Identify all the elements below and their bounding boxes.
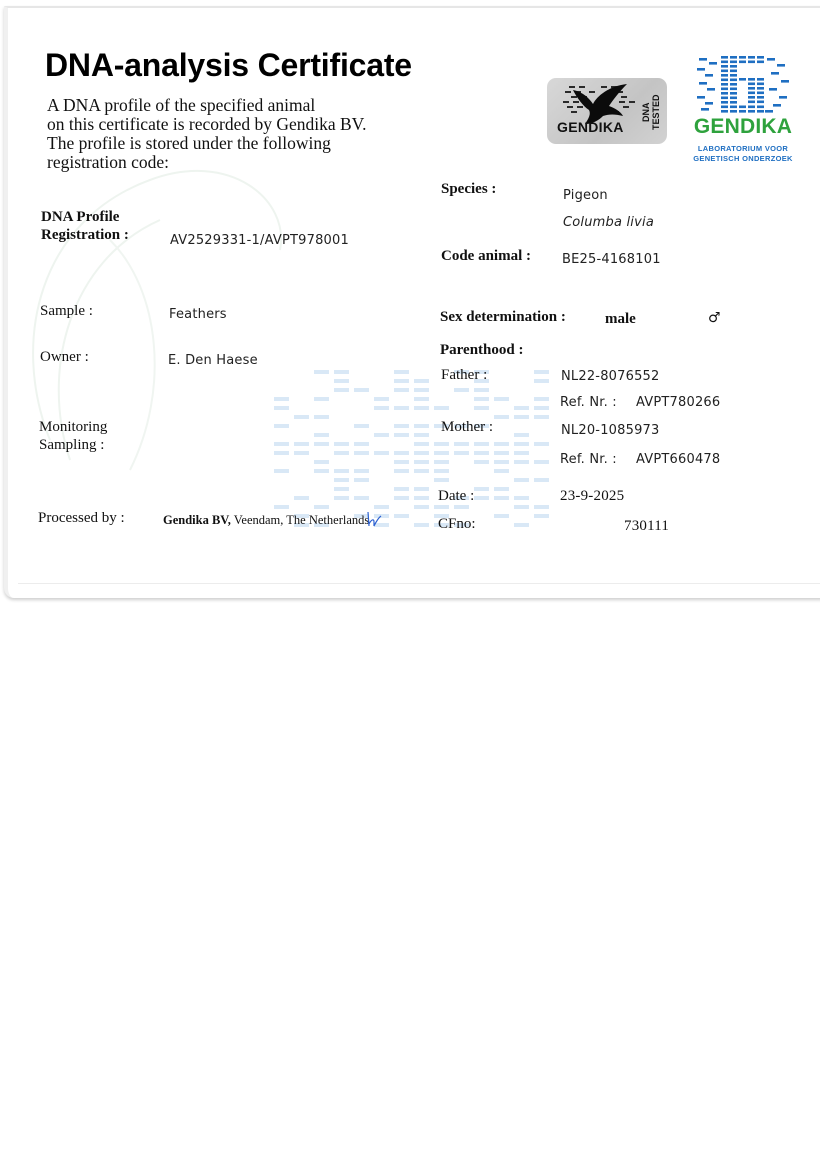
registration-label-line1: DNA Profile [41,209,119,226]
mother-value: NL20-1085973 [561,423,660,438]
owner-value: E. Den Haese [168,353,258,368]
species-latin-value: Columba livia [563,215,654,230]
logo-subtitle-line: LABORATORIUM VOOR [693,144,793,154]
intro-line: on this certificate is recorded by Gendi… [47,115,377,134]
parenthood-label: Parenthood : [440,342,523,359]
mother-ref-value: AVPT660478 [636,452,720,467]
date-value: 23-9-2025 [560,488,624,505]
processed-by-label: Processed by : [38,510,125,527]
badge-dna-tested-text: DNA TESTED [641,86,653,138]
sample-label: Sample : [40,303,93,320]
cfno-value: 730111 [624,518,669,535]
species-common-value: Pigeon [563,188,608,203]
intro-line: The profile is stored under the followin… [47,134,377,153]
species-label: Species : [441,181,496,198]
code-animal-value: BE25-4168101 [562,252,661,267]
cfno-label: CFno: [438,516,476,533]
date-label: Date : [438,488,474,505]
gendika-logo: GENDIKA LABORATORIUM VOOR GENETISCH ONDE… [693,54,793,169]
registration-value: AV2529331-1/AVPT978001 [170,233,349,248]
father-value: NL22-8076552 [561,369,660,384]
processed-location: Veendam, The Netherlands [231,513,369,527]
badge-brand-name: GENDIKA [557,119,624,135]
male-symbol-icon: ♂ [708,310,721,326]
mother-label: Mother : [441,419,493,436]
processed-by-value: Gendika BV, Veendam, The Netherlands [163,513,369,528]
logo-subtitle: LABORATORIUM VOOR GENETISCH ONDERZOEK [693,144,793,164]
monitoring-label-line2: Sampling : [39,437,104,454]
code-animal-label: Code animal : [441,248,531,265]
intro-text: A DNA profile of the specified animal on… [47,96,377,172]
mother-ref-label: Ref. Nr. : [560,452,617,467]
sex-value: male [605,311,636,328]
processed-company: Gendika BV, [163,513,231,527]
father-ref-value: AVPT780266 [636,395,720,410]
father-ref-label: Ref. Nr. : [560,395,617,410]
intro-line: registration code: [47,153,377,172]
owner-label: Owner : [40,349,89,366]
sex-determination-label: Sex determination : [440,309,566,326]
sample-value: Feathers [169,307,227,322]
gendika-g-logo-icon [695,54,791,114]
signature-mark [365,510,383,528]
intro-line: A DNA profile of the specified animal [47,96,377,115]
registration-label-line2: Registration : [41,227,129,244]
certificate-title: DNA-analysis Certificate [45,47,412,84]
monitoring-label-line1: Monitoring [39,419,107,436]
logo-subtitle-line: GENETISCH ONDERZOEK [693,154,793,164]
father-label: Father : [441,367,487,384]
logo-brand-name: GENDIKA [693,116,793,138]
dna-tested-badge: GENDIKA DNA TESTED [547,78,667,144]
